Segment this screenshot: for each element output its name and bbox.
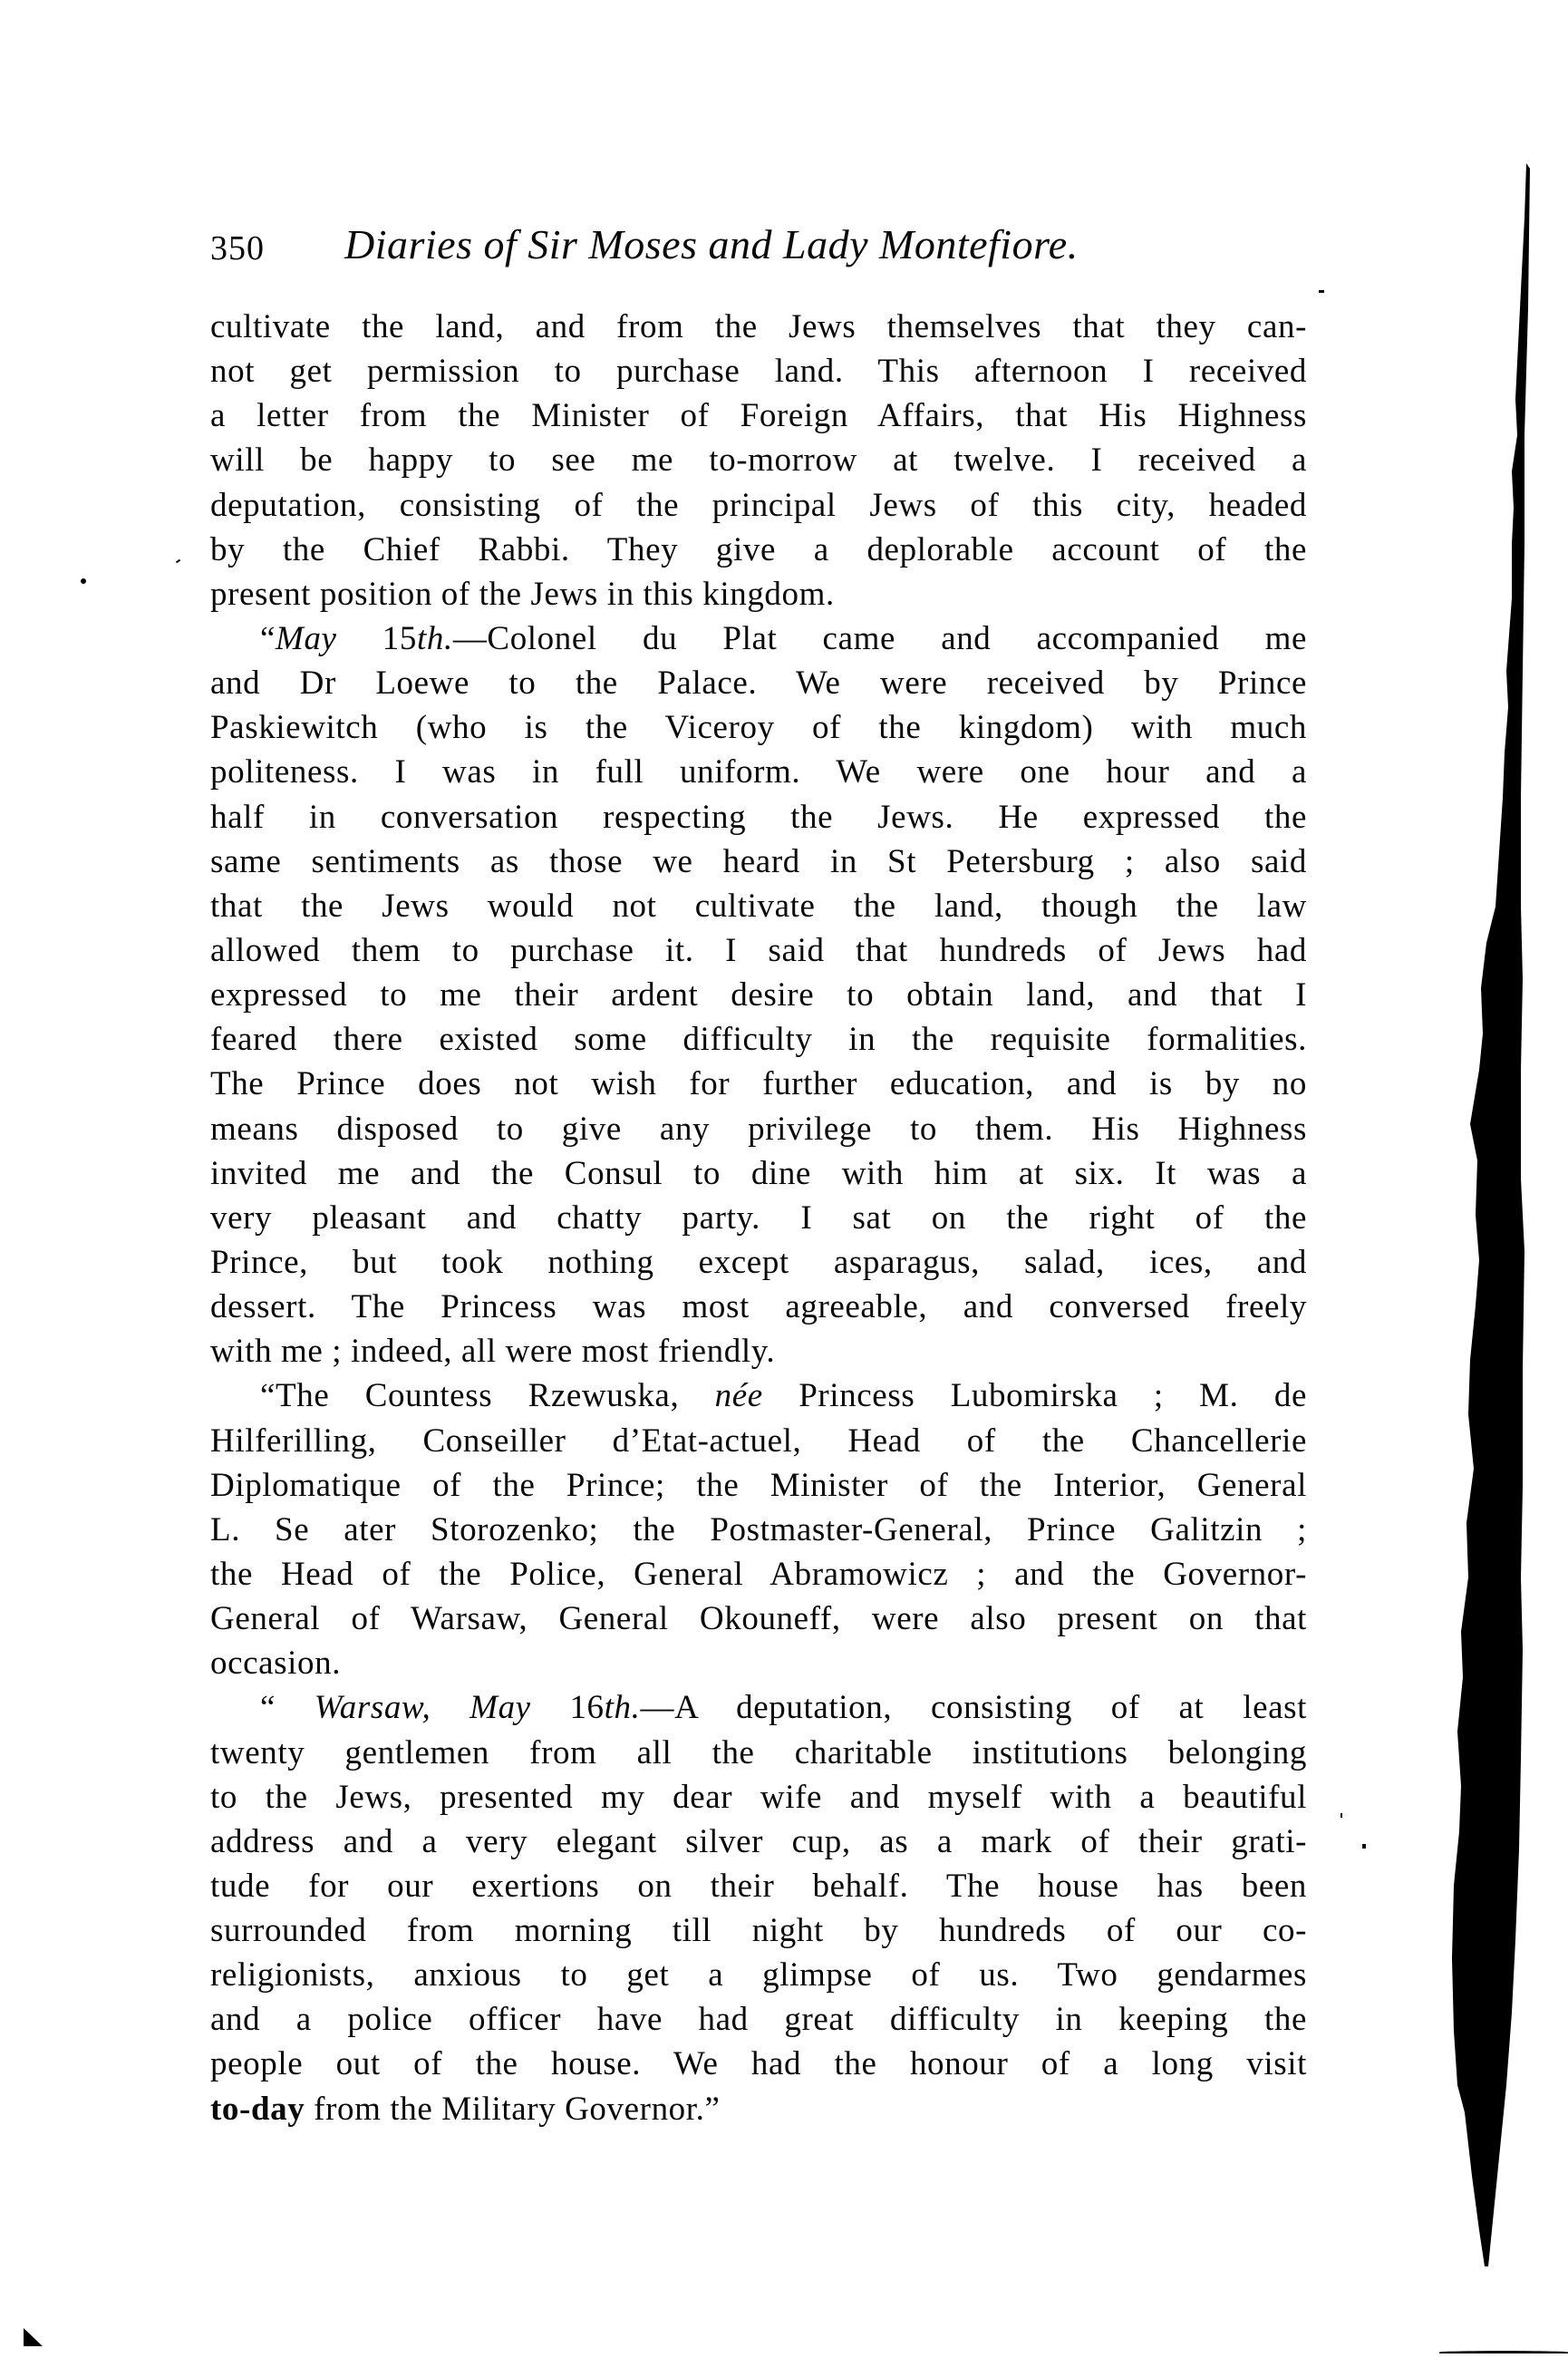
text-line: invited me and the Consul to dine with h… [210,1151,1307,1196]
line-rest: —A deputation, consisting of at least [641,1689,1307,1726]
text-line: and Dr Loewe to the Palace. We were rece… [210,661,1307,705]
scan-speck [1362,1844,1366,1849]
corner-arrow-mark [24,2328,43,2346]
text-line-guest-list: “The Countess Rzewuska, née Princess Lub… [210,1373,1307,1418]
date-suffix: th. [417,620,453,657]
text-line: with me ; indeed, all were most friendly… [210,1329,1307,1373]
text-line-final: to-day from the Military Governor.” [210,2087,1307,2131]
text-line: Diplomatique of the Prince; the Minister… [210,1463,1307,1508]
text-line: half in conversation respecting the Jews… [210,795,1307,839]
text-line: L. Se ater Storozenko; the Postmaster-Ge… [210,1508,1307,1552]
text-line: not get permission to purchase land. Thi… [210,349,1307,393]
bottom-edge-rule [1439,2351,1568,2353]
date-month: May [469,1689,531,1726]
body-text: cultivate the land, and from the Jews th… [210,305,1307,2131]
text-line: a letter from the Minister of Foreign Af… [210,393,1307,438]
line-rest: Princess Lubomirska ; M. de [763,1377,1307,1414]
text-line: address and a very elegant silver cup, a… [210,1820,1307,1864]
open-quote: “ [260,1689,315,1726]
date-day: 16 [531,1689,605,1726]
text-line-entry-may-16: “ Warsaw, May 16th.—A deputation, consis… [210,1685,1307,1730]
italic-nee: née [715,1377,763,1414]
text-line: Prince, but took nothing except asparagu… [210,1240,1307,1285]
text-line: feared there existed some difficulty in … [210,1017,1307,1062]
text-line: tude for our exertions on their behalf. … [210,1864,1307,1908]
date-suffix: th. [605,1689,641,1726]
text-line: allowed them to purchase it. I said that… [210,928,1307,973]
line-lead: “The Countess Rzewuska, [260,1377,715,1414]
text-line: dessert. The Princess was most agreeable… [210,1285,1307,1329]
date-month: May [276,620,337,657]
text-line: The Prince does not wish for further edu… [210,1062,1307,1106]
text-line: present position of the Jews in this kin… [210,572,1307,616]
text-line: Paskiewitch (who is the Viceroy of the k… [210,705,1307,750]
open-quote: “ [260,620,276,657]
text-line: cultivate the land, and from the Jews th… [210,305,1307,349]
page-number: 350 [210,228,265,268]
place-name: Warsaw, [315,1689,431,1726]
text-line: same sentiments as those we heard in St … [210,839,1307,884]
text-line: and a police officer have had great diff… [210,1997,1307,2042]
text-line: means disposed to give any privilege to … [210,1107,1307,1151]
line-rest: from the Military Governor.” [305,2091,720,2128]
running-head: 350 Diaries of Sir Moses and Lady Montef… [210,221,1316,272]
text-line: by the Chief Rabbi. They give a deplorab… [210,528,1307,572]
text-line: deputation, consisting of the principal … [210,483,1307,528]
text-line: occasion. [210,1641,1307,1685]
running-title: Diaries of Sir Moses and Lady Montefiore… [344,221,1079,268]
text-line: surrounded from morning till night by hu… [210,1908,1307,1953]
text-line: people out of the house. We had the hono… [210,2042,1307,2086]
scan-speck [176,559,180,564]
line-rest: —Colonel du Plat came and accompanied me [453,620,1307,657]
text-line: that the Jews would not cultivate the la… [210,884,1307,928]
space [431,1689,469,1726]
text-line: twenty gentlemen from all the charitable… [210,1731,1307,1775]
text-line: Hilferilling, Conseiller d’Etat-actuel, … [210,1419,1307,1463]
scan-speck [81,578,86,584]
scan-speck [1341,1813,1342,1818]
text-line: the Head of the Police, General Abramowi… [210,1552,1307,1596]
scan-speck [1319,290,1324,293]
text-line: expressed to me their ardent desire to o… [210,973,1307,1017]
bold-lead-word: to-day [210,2091,305,2128]
binding-shadow [1423,163,1541,2285]
text-line: will be happy to see me to-morrow at twe… [210,438,1307,482]
text-line-entry-may-15: “May 15th.—Colonel du Plat came and acco… [210,616,1307,661]
text-line: very pleasant and chatty party. I sat on… [210,1196,1307,1240]
text-line: politeness. I was in full uniform. We we… [210,750,1307,794]
scanned-book-page: 350 Diaries of Sir Moses and Lady Montef… [0,0,1568,2368]
text-line: General of Warsaw, General Okouneff, wer… [210,1596,1307,1641]
date-day: 15 [337,620,417,657]
text-line: to the Jews, presented my dear wife and … [210,1775,1307,1820]
text-line: religionists, anxious to get a glimpse o… [210,1953,1307,1997]
